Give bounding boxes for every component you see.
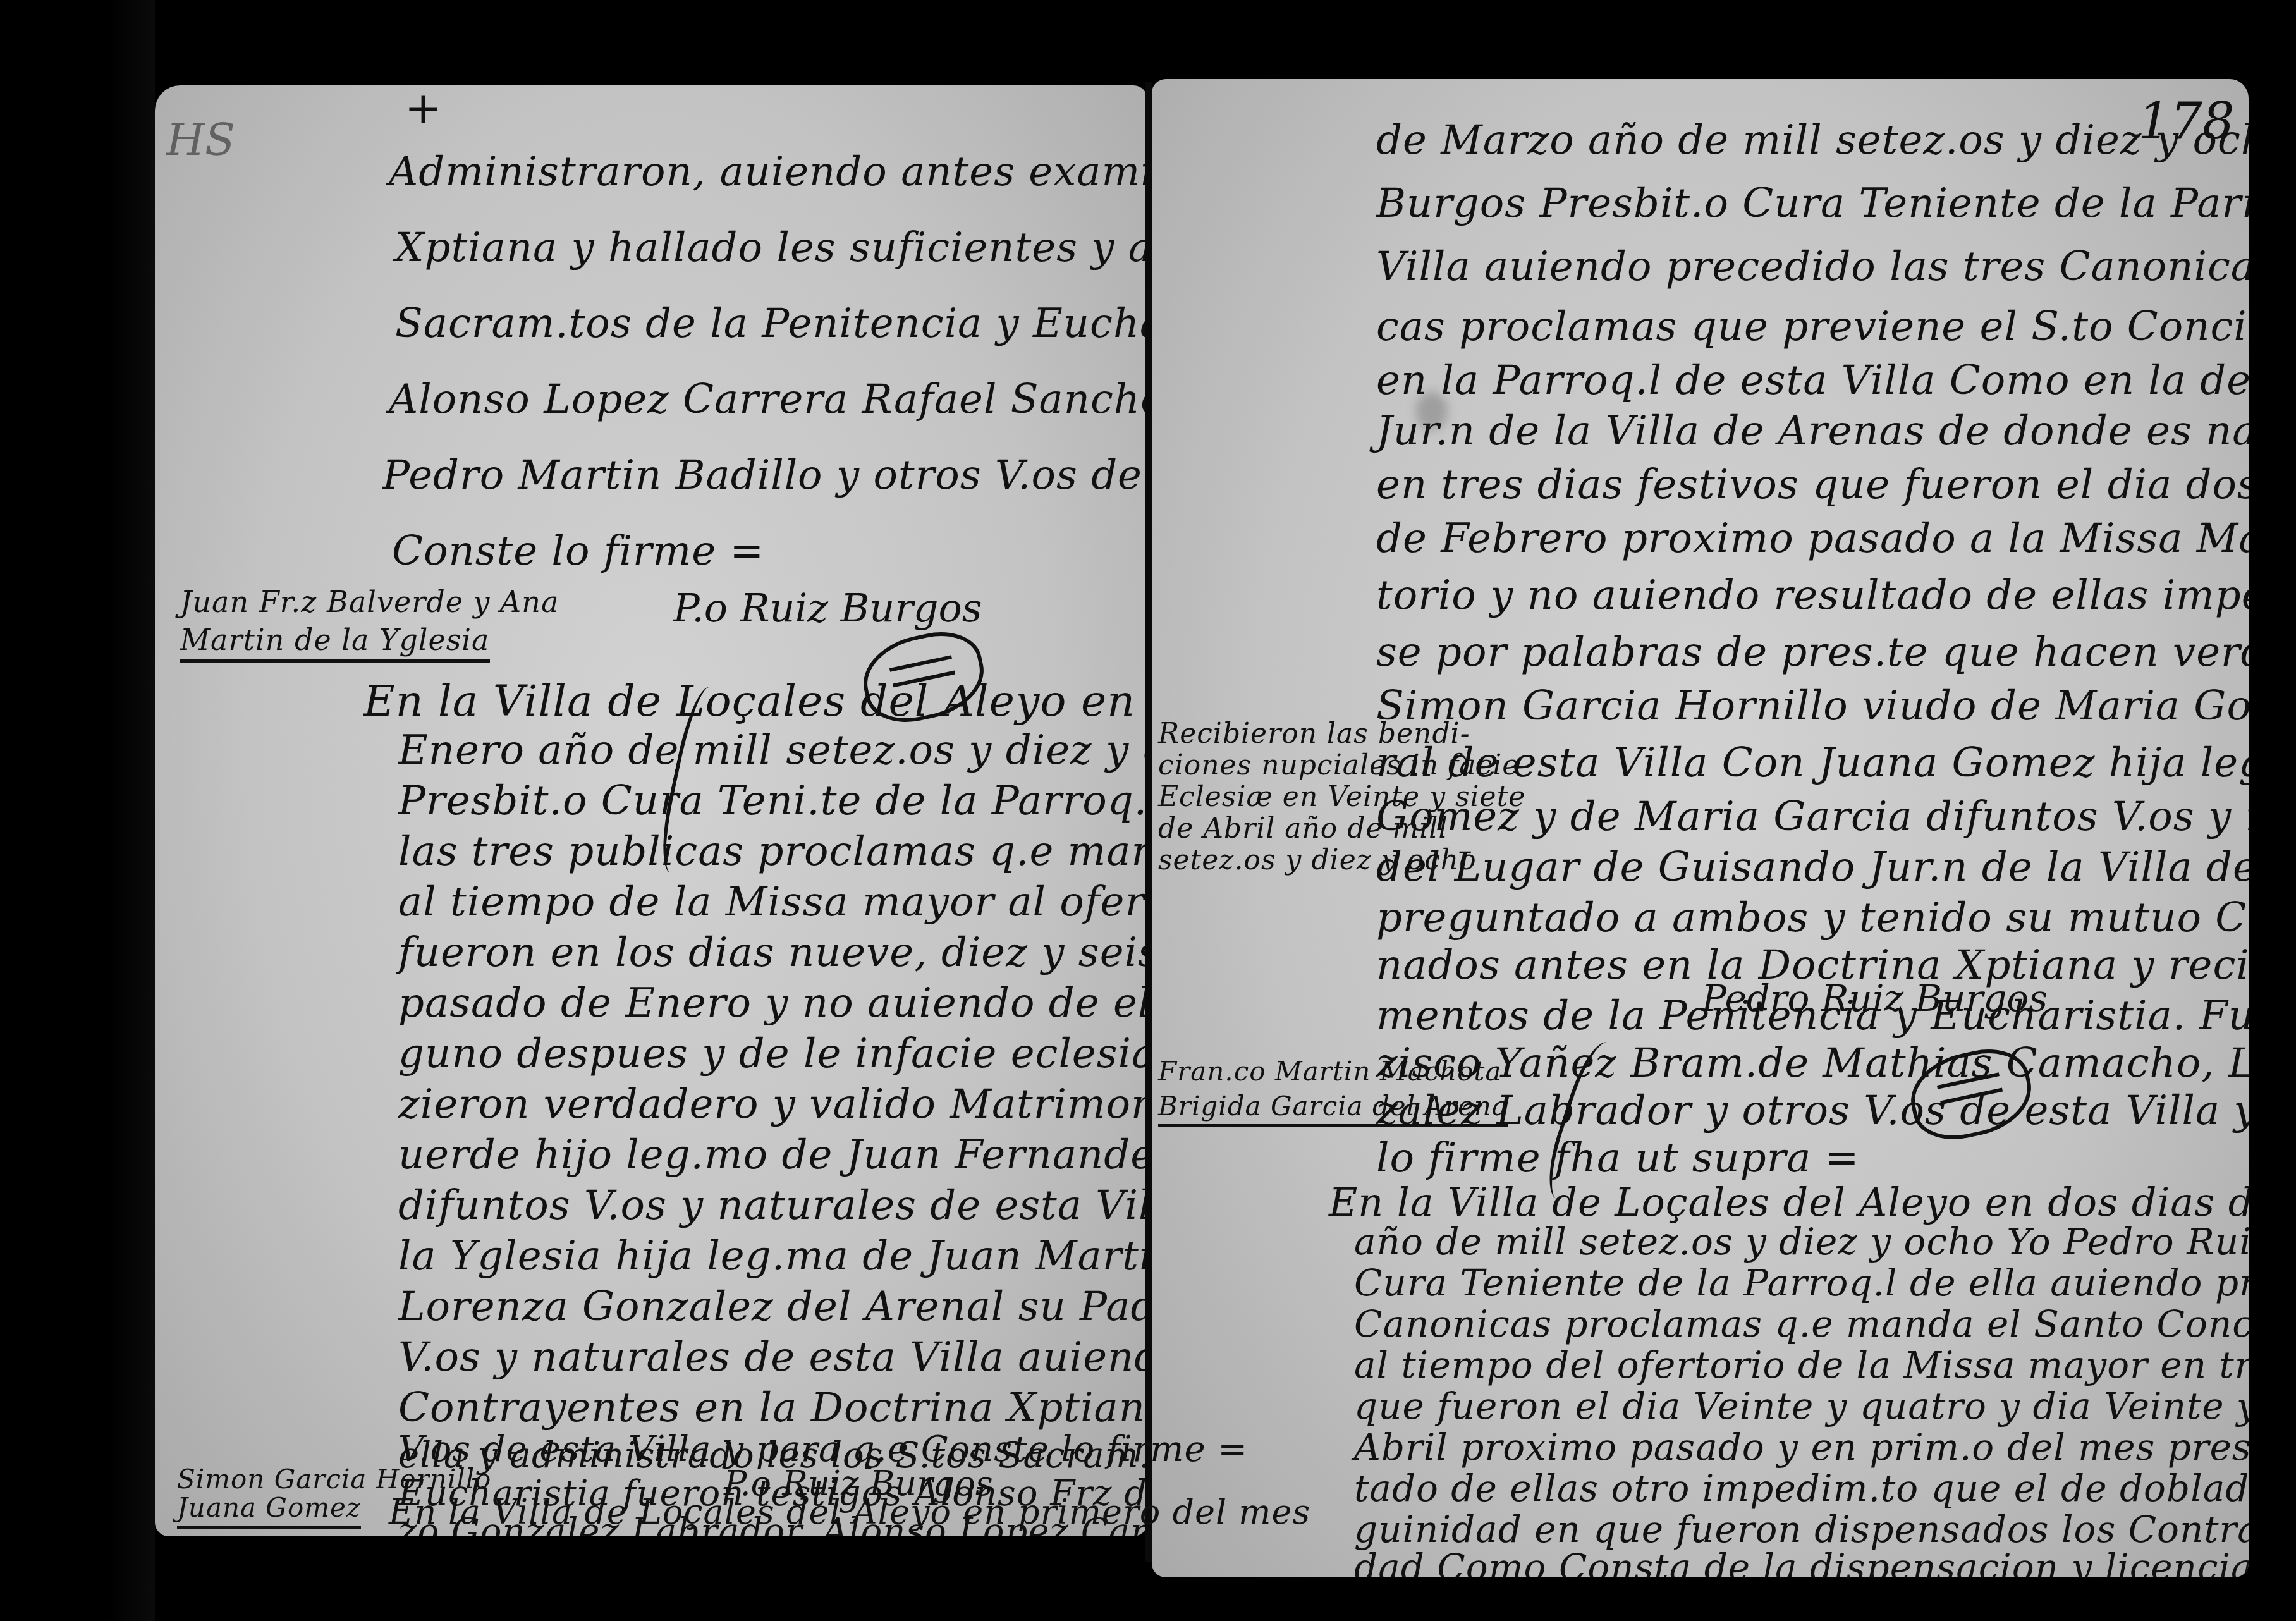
text-line: Villa auiendo precedido las tres Canonic… [1376, 243, 2249, 290]
text-line: Conste lo firme = [392, 528, 764, 575]
text-line: tado de ellas otro impedim.to que el de … [1354, 1467, 2249, 1510]
text-line: zisco Yañez Bram.de Mathias Camacho, Lor… [1376, 1040, 2249, 1087]
text-line: que fueron el dia Veinte y quatro y dia … [1354, 1385, 2249, 1428]
text-line: guinidad en que fueron dispensados los C… [1354, 1508, 2249, 1551]
folio-mark-left: HS [166, 114, 235, 166]
margin-line: Brigida Garcia del Arena [1158, 1091, 1508, 1127]
margin-line: ciones nupciales in facie [1158, 749, 1519, 781]
text-line: torio y no auiendo resultado de ellas im… [1376, 572, 2249, 619]
text-line: de Marzo año de mill setez.os y diez y o… [1376, 117, 2249, 164]
text-line: Presbit.o Cura Teni.te de la Parroq.l de… [398, 778, 1147, 824]
text-line: Xptiana y hallado les suficientes y admi… [395, 224, 1147, 271]
text-line: En la Villa de Loçales del Aleyo en prim… [389, 1492, 1310, 1532]
text-line: Simon Garcia Hornillo viudo de Maria Gon… [1376, 683, 2249, 730]
text-line: En la Villa de Loçales del Aleyo en Cato… [363, 676, 1147, 726]
text-line: dad Como Consta de la dispensacion y lic… [1354, 1546, 2249, 1577]
signature-priest-2: Pedro Ruiz Burgos [1702, 977, 2048, 1020]
right-page: 178 de Marzo año de mill setez.os y diez… [1152, 79, 2249, 1577]
margin-line: Juana Gomez [177, 1492, 361, 1529]
text-line: Burgos Presbit.o Cura Teniente de la Par… [1376, 180, 2249, 227]
scan-border-left [0, 0, 155, 1621]
text-line: difuntos V.os y naturales de esta Villa … [398, 1182, 1147, 1229]
text-line: al tiempo de la Missa mayor al ofertorio… [398, 879, 1147, 926]
margin-line: Recibieron las bendi- [1158, 718, 1470, 750]
left-page: HS + Administraron, auiendo antes examin… [155, 85, 1147, 1536]
text-line: Canonicas proclamas q.e manda el Santo C… [1354, 1302, 2249, 1345]
text-line: se por palabras de pres.te que hacen ver… [1376, 629, 2249, 676]
text-line: En la Villa de Loçales del Aleyo en dos … [1329, 1179, 2249, 1225]
text-line: del Lugar de Guisando Jur.n de la Villa … [1376, 844, 2249, 891]
text-line: lo firme fha ut supra = [1376, 1135, 1859, 1182]
text-line: guno despues y de le infacie eclesiæ por… [398, 1031, 1147, 1077]
text-line: de Febrero proximo pasado a la Missa May… [1376, 515, 2249, 562]
text-line: cas proclamas que previene el S.to Conci… [1376, 303, 2249, 350]
text-line: Lorenza Gonzalez del Arenal su Padre dif… [398, 1283, 1147, 1330]
text-line: Pedro Martin Badillo y otros V.os de est… [382, 452, 1147, 499]
left-page-footer: V.os de esta Villa y para q.e Conste lo … [155, 1404, 1147, 1536]
ink-stain [1416, 392, 1448, 430]
text-line: fueron en los dias nueve, diez y seis y … [398, 929, 1147, 976]
text-line: Administraron, auiendo antes examinadole… [389, 149, 1147, 195]
text-line: uerde hijo leg.mo de Juan Fernandez Balv… [398, 1132, 1147, 1178]
text-line: en la Parroq.l de esta Villa Como en la … [1376, 357, 2249, 404]
text-line: año de mill setez.os y diez y ocho Yo Pe… [1354, 1220, 2249, 1263]
text-line: en tres dias festivos que fueron el dia … [1376, 462, 2249, 508]
text-line: la Yglesia hija leg.ma de Juan Martin de… [398, 1233, 1147, 1280]
text-line: Enero año de mill setez.os y diez y ocho… [398, 727, 1147, 774]
text-line: Alonso Lopez Carrera Rafael Sanchez de l… [389, 376, 1147, 423]
text-line: zieron verdadero y valido Matrimonio a J… [398, 1081, 1147, 1128]
text-line: Cura Teniente de la Parroq.l de ella aui… [1354, 1261, 2249, 1304]
margin-line: Simon Garcia Hornillo [177, 1464, 491, 1495]
text-line: las tres publicas proclamas q.e manda el… [398, 828, 1147, 875]
margin-line: Fran.co Martin Machota [1158, 1056, 1501, 1087]
text-line: pasado de Enero y no auiendo de ellas re… [398, 980, 1147, 1027]
text-line: Sacram.tos de la Penitencia y Eucharisti… [395, 300, 1147, 347]
margin-line: setez.os y diez y ocho [1158, 844, 1477, 876]
margin-line: Juan Fr.z Balverde y Ana [180, 585, 559, 619]
margin-line: Martin de la Yglesia [180, 623, 490, 663]
text-line: preguntado a ambos y tenido su mutuo Con… [1376, 895, 2249, 941]
text-line: al tiempo del ofertorio de la Missa mayo… [1354, 1343, 2249, 1386]
margin-line: de Abril año de mill [1158, 812, 1448, 845]
signature-priest-1: P.o Ruiz Burgos [673, 585, 982, 631]
text-line: V.os y naturales de esta Villa auiendo a… [398, 1334, 1147, 1381]
book-spine [1145, 82, 1152, 1562]
text-line: Abril proximo pasado y en prim.o del mes… [1354, 1426, 2249, 1469]
top-cross: + [405, 85, 442, 134]
margin-line: Eclesiæ en Veinte y siete [1158, 781, 1525, 813]
text-line: Jur.n de la Villa de Arenas de donde es … [1376, 408, 2249, 455]
